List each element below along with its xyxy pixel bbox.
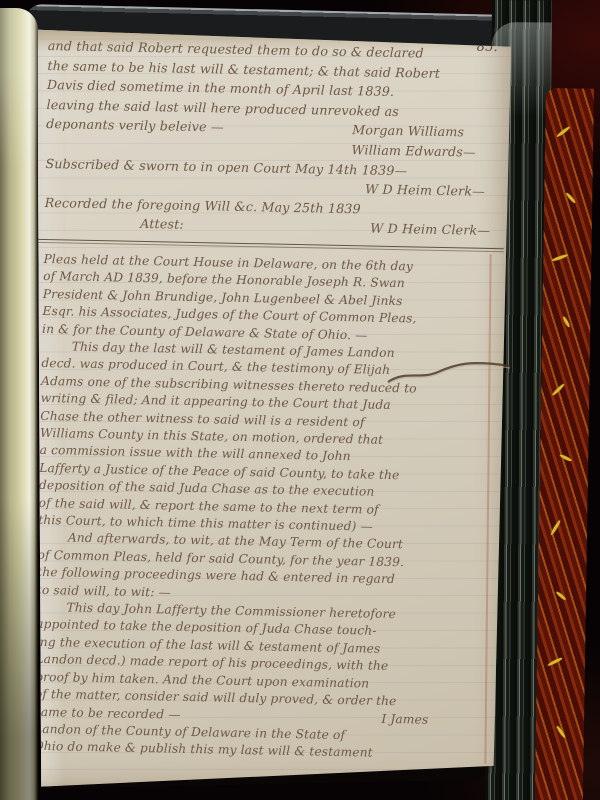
photograph-of-record-book: 85. and that said Robert requested them …: [0, 0, 600, 800]
section-robert-davis-will-proof: and that said Robert requested them to d…: [44, 36, 500, 241]
marbled-cover-edge: [535, 88, 594, 800]
marble-vein: [551, 254, 568, 262]
leaf-shading: [0, 8, 38, 800]
paper-tear-mark: [386, 350, 512, 396]
marble-vein: [547, 657, 563, 667]
section-divider-rule: [36, 239, 504, 252]
manuscript-page: 85. and that said Robert requested them …: [30, 22, 516, 792]
marble-vein: [556, 591, 567, 601]
marble-vein: [556, 725, 566, 738]
marble-vein: [556, 126, 571, 138]
curled-left-leaf-edge: [0, 8, 38, 800]
marble-vein: [565, 192, 576, 204]
section-landon-will-proceedings: Pleas held at the Court House in Delawar…: [34, 251, 496, 765]
handwritten-text-block: 85. and that said Robert requested them …: [34, 36, 500, 765]
marble-vein: [551, 383, 565, 396]
marble-vein: [550, 520, 561, 536]
marble-vein: [562, 316, 570, 328]
marble-vein: [559, 454, 572, 462]
